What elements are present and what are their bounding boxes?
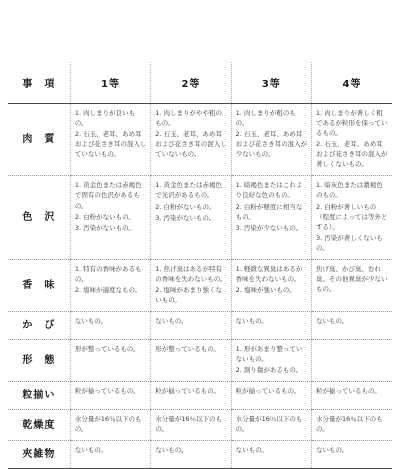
cell-item: 1. 焦げ臭はあるが特有の香味を失わないもの。 [155,264,227,284]
header-row: 事 項 1等2等3等4等 [8,62,392,104]
cell-item: 3. 汚染がないもの。 [75,223,147,233]
grade-cell: ないもの。 [70,312,150,340]
cell-item: 形が整っているもの。 [155,344,227,354]
grade-cell: 粒が揃っているもの。 [70,382,150,400]
table-body: 肉 質1. 肉しまりが良いもの。2. 石玉、老耳、あめ耳および花さき耳の混入して… [8,104,392,401]
cell-item: 2. 白粉が著しいもの（程度によっては等外とする）。 [316,202,389,232]
table-row: 形 態形が整っているもの。形が整っているもの。1. 形があまり整っていないもの。… [8,340,392,382]
grade-cell: ないもの。 [231,312,311,340]
grade-cell: ないもの。 [312,312,392,340]
cell-item: 2. 白粉が軽度に相当なもの。 [236,202,308,222]
cell-item: 1. 黄金色または赤褐色で固有の色沢があるもの。 [75,180,147,210]
row-label: か び [8,312,70,340]
cell-item: 1. 肉しまりが粗のもの。 [236,108,308,128]
cell-item: 2. 割り傷があるもの。 [236,365,308,375]
cell-item: 2. 石玉、老耳、あめ耳および花さき耳の混入していないもの。 [155,129,227,159]
grade-cell: 1. 肉しまりが粗のもの。2. 石玉、老耳、あめ耳および花さき耳の混入が少ないも… [231,104,311,176]
table-row: 粒揃い粒が揃っているもの。粒が揃っているもの。粒が揃っているもの。粒が揃っている… [8,382,392,400]
grade-cell: 1. 肉しまりがやや粗のもの。2. 石玉、老耳、あめ耳および花さき耳の混入してい… [151,104,231,176]
cell-item: 1. 黄金色または赤褐色で光沢があるもの。 [155,180,227,200]
cell-item: 1. 暗褐色またはこれより良好な色のもの。 [236,180,308,200]
cell-item: 1. 特有の香味があるもの。 [75,264,147,284]
cell-item: 2. 塩味があまり強くないもの。 [155,285,227,305]
cell-item: 1. 肉しまりが著しく粗であるが粒形を保っているもの。 [316,108,389,138]
cell-item: 2. 石玉、老耳、あめ耳および花さき耳の混入が少ないもの。 [236,129,308,159]
cell-item: 2. 白粉がないもの。 [75,212,147,222]
grade-cell: 1. 黄金色または赤褐色で光沢があるもの。2. 白粉がないもの。3. 汚染がない… [151,176,231,259]
cell-item: 3. 汚染がないもの。 [155,213,227,223]
grade-cell: 1. 焦げ臭はあるが特有の香味を失わないもの。2. 塩味があまり強くないもの。 [151,259,231,311]
cell-item: ないもの。 [316,316,389,326]
grade-cell: 粒が揃っているもの。 [231,382,311,400]
cell-item: 粒が揃っているもの。 [316,386,389,396]
table-row: 香 味1. 特有の香味があるもの。2. 塩味が適度なもの。1. 焦げ臭はあるが特… [8,259,392,311]
grade-cell: 粒が揃っているもの。 [312,382,392,400]
grade-cell: 1. 暗灰色または濃褐色のもの。2. 白粉が著しいもの（程度によっては等外とする… [312,176,392,259]
cell-item: 粒が揃っているもの。 [155,386,227,396]
cell-item: ないもの。 [75,316,147,326]
cell-item: 焦げ臭、かび臭、むれ臭、その他異臭が少ないもの。 [316,264,389,294]
cell-item: 1. 軽微な異臭はあるが香味を失わないもの。 [236,264,308,284]
row-label: 色 沢 [8,176,70,259]
row-label: 肉 質 [8,104,70,176]
grade-cell: 1. 黄金色または赤褐色で固有の色沢があるもの。2. 白粉がないもの。3. 汚染… [70,176,150,259]
grade-cell: 1. 特有の香味があるもの。2. 塩味が適度なもの。 [70,259,150,311]
cell-item: 2. 塩味が強いもの。 [236,285,308,295]
cell-item: 1. 肉しまりがやや粗のもの。 [155,108,227,128]
cell-item: ないもの。 [155,316,227,326]
cell-item: ないもの。 [236,316,308,326]
grade-cell: 1. 肉しまりが良いもの。2. 石玉、老耳、あめ耳および花さき耳の混入していない… [70,104,150,176]
grade-cell: 1. 暗褐色またはこれより良好な色のもの。2. 白粉が軽度に相当なもの。3. 汚… [231,176,311,259]
grade-cell: 1. 形があまり整っていないもの。2. 割り傷があるもの。 [231,340,311,382]
cell-item: 1. 肉しまりが良いもの。 [75,108,147,128]
grade-cell [312,340,392,382]
header-grade-3: 3等 [231,62,311,104]
grade-cell: 1. 肉しまりが著しく粗であるが粒形を保っているもの。2. 石玉、老耳、あめ耳お… [312,104,392,176]
table-header: 事 項 1等2等3等4等 [8,62,392,104]
table-row: 色 沢1. 黄金色または赤褐色で固有の色沢があるもの。2. 白粉がないもの。3.… [8,176,392,259]
cell-item: 3. 汚染が少ないもの。 [236,223,308,233]
cell-item: 2. 石玉、老耳、あめ耳および花さき耳の混入が著しくないもの。 [316,139,389,169]
row-label: 形 態 [8,340,70,382]
header-grade-2: 2等 [151,62,231,104]
header-grade-4: 4等 [312,62,392,104]
grade-table: 事 項 1等2等3等4等 肉 質1. 肉しまりが良いもの。2. 石玉、老耳、あめ… [8,62,392,400]
cell-item: 形が整っているもの。 [75,344,147,354]
grade-cell: 1. 軽微な異臭はあるが香味を失わないもの。2. 塩味が強いもの。 [231,259,311,311]
row-label: 粒揃い [8,382,70,400]
cell-item: 1. 暗灰色または濃褐色のもの。 [316,180,389,200]
cell-item: 粒が揃っているもの。 [236,386,308,396]
cell-item: 2. 塩味が適度なもの。 [75,285,147,295]
cell-item: 2. 石玉、老耳、あめ耳および花さき耳の混入していないもの。 [75,129,147,159]
row-label: 香 味 [8,259,70,311]
grade-cell: 焦げ臭、かび臭、むれ臭、その他異臭が少ないもの。 [312,259,392,311]
cell-item: 粒が揃っているもの。 [75,386,147,396]
document-page: 事 項 1等2等3等4等 肉 質1. 肉しまりが良いもの。2. 石玉、老耳、あめ… [0,0,400,400]
cell-item: 3. 汚染が著しくないもの。 [316,233,389,253]
grade-cell: 形が整っているもの。 [70,340,150,382]
grade-cell: 形が整っているもの。 [151,340,231,382]
table-row: 肉 質1. 肉しまりが良いもの。2. 石玉、老耳、あめ耳および花さき耳の混入して… [8,104,392,176]
header-grade-1: 1等 [70,62,150,104]
header-item-column: 事 項 [8,62,70,104]
grade-cell: 粒が揃っているもの。 [151,382,231,400]
grade-cell: ないもの。 [151,312,231,340]
table-row: か びないもの。ないもの。ないもの。ないもの。 [8,312,392,340]
cell-item: 2. 白粉がないもの。 [155,202,227,212]
cell-item: 1. 形があまり整っていないもの。 [236,344,308,364]
